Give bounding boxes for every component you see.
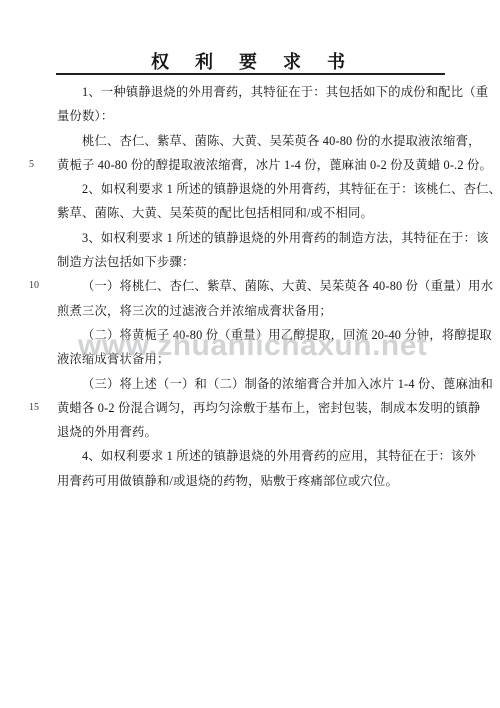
text-line: 桃仁、杏仁、紫草、菌陈、大黄、吴茱萸各 40-80 份的水提取液浓缩膏，	[0, 129, 500, 153]
claim-3-step-1-line-2: 煎煮三次，将三次的过滤液合并浓缩成膏状备用；	[57, 299, 332, 323]
line-number	[0, 420, 57, 444]
claim-3-line-2: 制造方法包括如下步骤：	[57, 250, 194, 274]
line-number	[0, 80, 57, 104]
text-line: 用膏药可用做镇静和/或退烧的药物，贴敷于疼痛部位或穴位。	[0, 469, 500, 493]
line-number	[0, 347, 57, 371]
line-number-15: 15	[0, 396, 57, 420]
line-number	[0, 177, 57, 201]
claim-1-line-3: 桃仁、杏仁、紫草、菌陈、大黄、吴茱萸各 40-80 份的水提取液浓缩膏，	[57, 129, 481, 153]
text-line: 液浓缩成膏状备用；	[0, 347, 500, 371]
text-line: 制造方法包括如下步骤：	[0, 250, 500, 274]
line-number	[0, 444, 57, 468]
claim-3-step-3-line-3: 退烧的外用膏药。	[57, 420, 157, 444]
line-number	[0, 323, 57, 347]
title-underline	[56, 73, 445, 75]
text-line: 3、如权利要求 1 所述的镇静退烧的外用膏药的制造方法，其特征在于：该	[0, 226, 500, 250]
claims-page: 权 利 要 求 书 1、一种镇静退烧的外用膏药，其特征在于：其包括如下的成份和配…	[0, 0, 500, 708]
text-line: （二）将黄栀子 40-80 份（重量）用乙醇提取，回流 20-40 分钟，将醇提…	[0, 323, 500, 347]
claim-2-line-2: 紫草、菌陈、大黄、吴茱萸的配比包括相同和/或不相同。	[57, 201, 373, 225]
claim-3-step-3-line-1: （三）将上述（一）和（二）制备的浓缩膏合并加入冰片 1-4 份、蓖麻油和	[57, 372, 493, 396]
text-line: 4、如权利要求 1 所述的镇静退烧的外用膏药的应用，其特征在于：该外	[0, 444, 500, 468]
claim-2-line-1: 2、如权利要求 1 所述的镇静退烧的外用膏药，其特征在于：该桃仁、杏仁、	[57, 177, 500, 201]
text-line: 1、一种镇静退烧的外用膏药，其特征在于：其包括如下的成份和配比（重	[0, 80, 500, 104]
text-line: 15黄蜡各 0-2 份混合调匀，再均匀涂敷于基布上，密封包装，制成本发明的镇静	[0, 396, 500, 420]
claim-4-line-1: 4、如权利要求 1 所述的镇静退烧的外用膏药的应用，其特征在于：该外	[57, 444, 476, 468]
text-line: 紫草、菌陈、大黄、吴茱萸的配比包括相同和/或不相同。	[0, 201, 500, 225]
claim-1-line-2: 量份数）：	[57, 104, 113, 128]
claim-3-step-3-line-2: 黄蜡各 0-2 份混合调匀，再均匀涂敷于基布上，密封包装，制成本发明的镇静	[57, 396, 480, 420]
line-number-10: 10	[0, 274, 57, 298]
text-line: （三）将上述（一）和（二）制备的浓缩膏合并加入冰片 1-4 份、蓖麻油和	[0, 372, 500, 396]
document-title: 权 利 要 求 书	[0, 48, 500, 74]
claim-3-step-2-line-2: 液浓缩成膏状备用；	[57, 347, 169, 371]
claims-text-block: 1、一种镇静退烧的外用膏药，其特征在于：其包括如下的成份和配比（重 量份数）： …	[0, 80, 500, 493]
text-line: 量份数）：	[0, 104, 500, 128]
text-line: 煎煮三次，将三次的过滤液合并浓缩成膏状备用；	[0, 299, 500, 323]
claim-1-line-4: 黄栀子 40-80 份的醇提取液浓缩膏，冰片 1-4 份，蓖麻油 0-2 份及黄…	[57, 153, 492, 177]
line-number	[0, 104, 57, 128]
line-number	[0, 226, 57, 250]
line-number	[0, 129, 57, 153]
line-number	[0, 201, 57, 225]
text-line: 10（一）将桃仁、杏仁、紫草、菌陈、大黄、吴茱萸各 40-80 份（重量）用水	[0, 274, 500, 298]
claim-4-line-2: 用膏药可用做镇静和/或退烧的药物，贴敷于疼痛部位或穴位。	[57, 469, 398, 493]
line-number	[0, 250, 57, 274]
line-number	[0, 299, 57, 323]
claim-3-line-1: 3、如权利要求 1 所述的镇静退烧的外用膏药的制造方法，其特征在于：该	[57, 226, 489, 250]
line-number-5: 5	[0, 153, 57, 177]
line-number	[0, 372, 57, 396]
claim-3-step-1-line-1: （一）将桃仁、杏仁、紫草、菌陈、大黄、吴茱萸各 40-80 份（重量）用水	[57, 274, 493, 298]
claim-1-line-1: 1、一种镇静退烧的外用膏药，其特征在于：其包括如下的成份和配比（重	[57, 80, 488, 104]
text-line: 退烧的外用膏药。	[0, 420, 500, 444]
text-line: 2、如权利要求 1 所述的镇静退烧的外用膏药，其特征在于：该桃仁、杏仁、	[0, 177, 500, 201]
line-number	[0, 469, 57, 493]
claim-3-step-2-line-1: （二）将黄栀子 40-80 份（重量）用乙醇提取，回流 20-40 分钟，将醇提…	[57, 323, 492, 347]
text-line: 5黄栀子 40-80 份的醇提取液浓缩膏，冰片 1-4 份，蓖麻油 0-2 份及…	[0, 153, 500, 177]
